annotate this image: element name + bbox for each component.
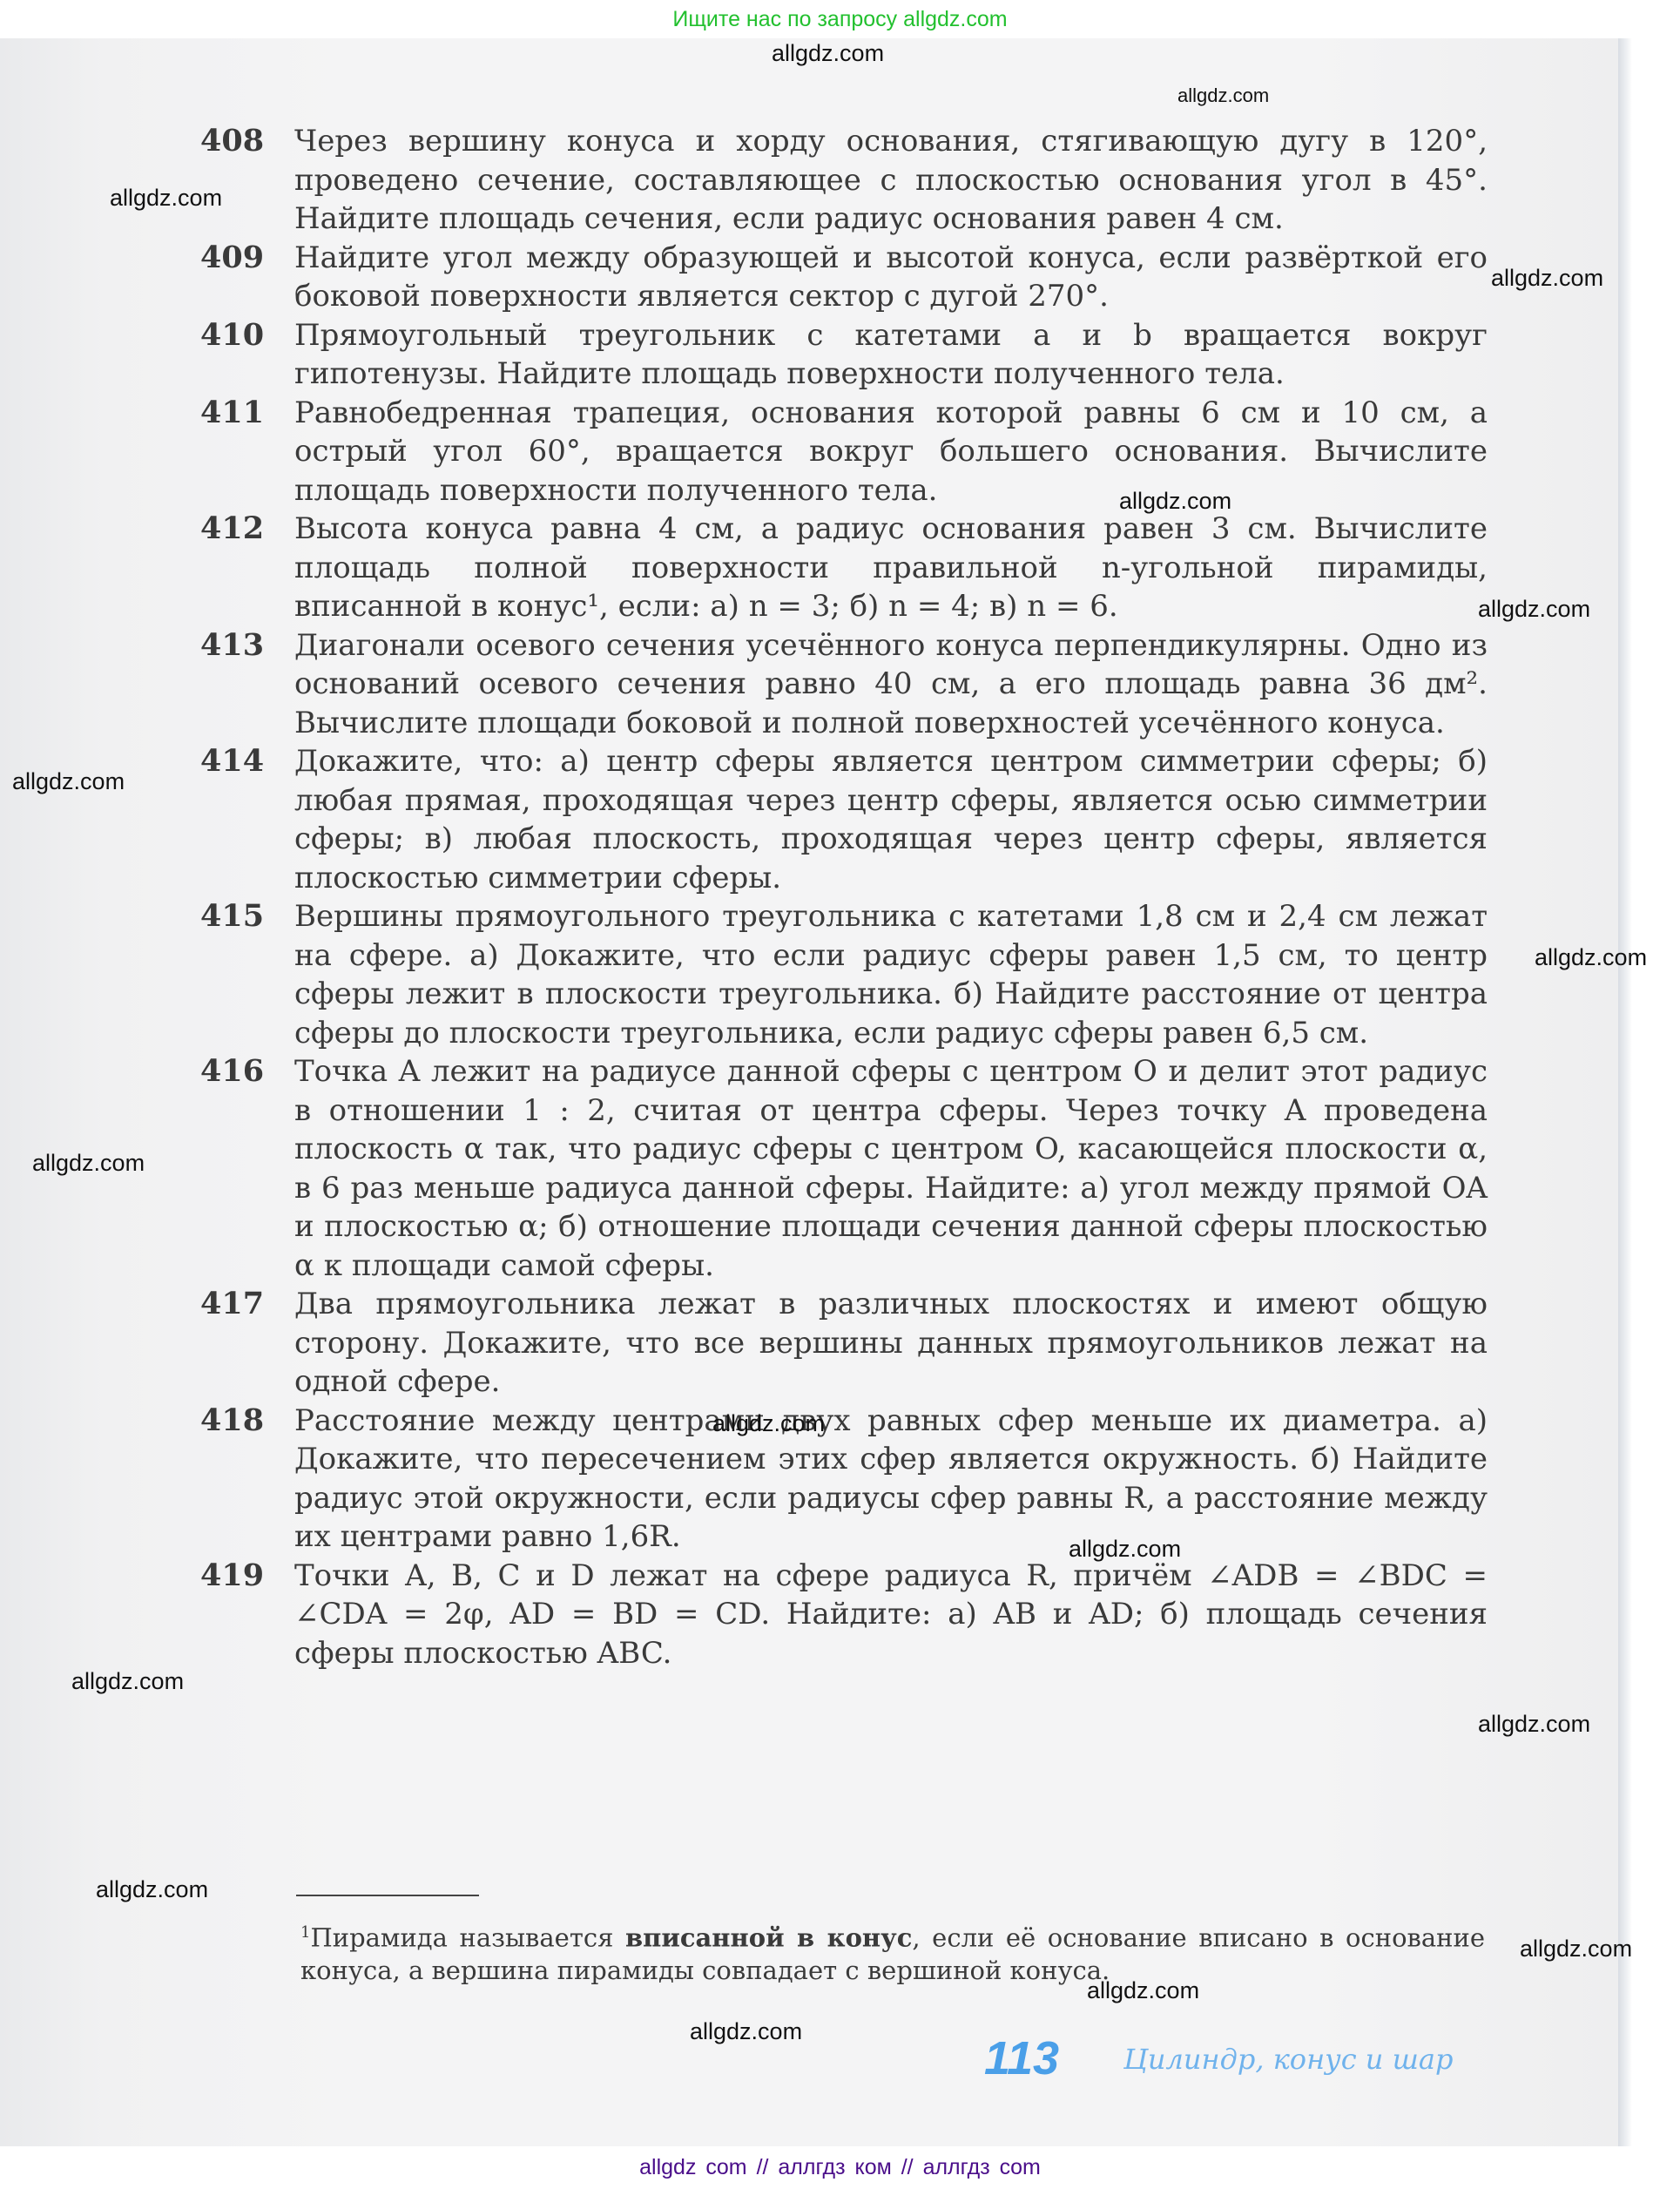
problem-number: 409 <box>200 239 264 278</box>
watermark: allgdz.com <box>71 1668 184 1695</box>
page-edge <box>1618 38 1632 2146</box>
watermark: allgdz.com <box>1069 1536 1181 1563</box>
watermark: allgdz.com <box>772 40 884 67</box>
watermark: allgdz.com <box>1087 1977 1199 2004</box>
problem-416: 416Точка A лежит на радиусе данной сферы… <box>200 1052 1488 1285</box>
footnote-divider <box>296 1895 479 1896</box>
problem-number: 417 <box>200 1285 264 1324</box>
problem-number: 410 <box>200 316 264 355</box>
watermark: allgdz.com <box>712 1410 825 1437</box>
problem-text: Точка A лежит на радиусе данной сферы с … <box>294 1052 1488 1285</box>
problem-text: Два прямоугольника лежат в различных пло… <box>294 1285 1488 1402</box>
problem-text: Расстояние между центрами двух равных сф… <box>294 1402 1488 1557</box>
problem-number: 414 <box>200 742 264 781</box>
watermark: allgdz.com <box>1478 1711 1590 1738</box>
top-banner: Ищите нас по запросу allgdz.com <box>0 0 1680 38</box>
problem-text: Диагонали осевого сечения усечённого кон… <box>294 626 1488 743</box>
problem-419: 419Точки A, B, C и D лежат на сфере ради… <box>200 1557 1488 1673</box>
problem-number: 412 <box>200 510 264 549</box>
problem-text: Через вершину конуса и хорду основания, … <box>294 122 1488 239</box>
problem-text: Докажите, что: а) центр сферы является ц… <box>294 742 1488 897</box>
watermark: allgdz.com <box>690 2018 802 2045</box>
problem-text: Высота конуса равна 4 см, а радиус основ… <box>294 510 1488 626</box>
footnote-term: вписанной в конус <box>625 1923 912 1953</box>
problem-409: 409Найдите угол между образующей и высот… <box>200 239 1488 316</box>
problem-414: 414Докажите, что: а) центр сферы являетс… <box>200 742 1488 897</box>
problem-408: 408Через вершину конуса и хорду основани… <box>200 122 1488 239</box>
problem-number: 408 <box>200 122 264 161</box>
problem-list: 408Через вершину конуса и хорду основани… <box>200 122 1488 1672</box>
watermark: allgdz.com <box>96 1876 208 1903</box>
watermark: allgdz.com <box>1119 488 1231 515</box>
problem-number: 419 <box>200 1557 264 1596</box>
problem-number: 411 <box>200 394 264 433</box>
problem-text: Точки A, B, C и D лежат на сфере радиуса… <box>294 1557 1488 1673</box>
footnote-marker: 1 <box>300 1923 310 1942</box>
problem-text: Вершины прямоугольного треугольника с ка… <box>294 897 1488 1052</box>
problem-415: 415Вершины прямоугольного треугольника с… <box>200 897 1488 1052</box>
watermark: allgdz.com <box>1520 1936 1632 1963</box>
problem-418: 418Расстояние между центрами двух равных… <box>200 1402 1488 1557</box>
watermark: allgdz.com <box>1535 944 1647 971</box>
problem-number: 416 <box>200 1052 264 1091</box>
footnote-text-before: Пирамида называется <box>310 1923 625 1953</box>
problem-text: Найдите угол между образующей и высотой … <box>294 239 1488 316</box>
watermark: allgdz.com <box>12 768 125 795</box>
problem-number: 418 <box>200 1402 264 1441</box>
watermark: allgdz.com <box>1177 84 1269 107</box>
problem-410: 410Прямоугольный треугольник с катетами … <box>200 316 1488 394</box>
problem-411: 411Равнобедренная трапеция, основания ко… <box>200 394 1488 510</box>
problem-number: 413 <box>200 626 264 665</box>
watermark: allgdz.com <box>110 185 222 212</box>
running-head: Цилиндр, конус и шар <box>1123 2043 1453 2076</box>
watermark: allgdz.com <box>1478 596 1590 623</box>
bottom-banner: allgdz com // аллгдз ком // аллгдз com <box>0 2146 1680 2189</box>
problem-412: 412Высота конуса равна 4 см, а радиус ос… <box>200 510 1488 626</box>
problem-text: Равнобедренная трапеция, основания котор… <box>294 394 1488 510</box>
problem-417: 417Два прямоугольника лежат в различных … <box>200 1285 1488 1402</box>
problem-text: Прямоугольный треугольник с катетами a и… <box>294 316 1488 394</box>
page-number: 113 <box>984 2031 1059 2085</box>
footnote: 1Пирамида называется вписанной в конус, … <box>300 1916 1485 1987</box>
problem-413: 413Диагонали осевого сечения усечённого … <box>200 626 1488 743</box>
watermark: allgdz.com <box>32 1150 145 1177</box>
watermark: allgdz.com <box>1491 265 1603 292</box>
problem-number: 415 <box>200 897 264 936</box>
